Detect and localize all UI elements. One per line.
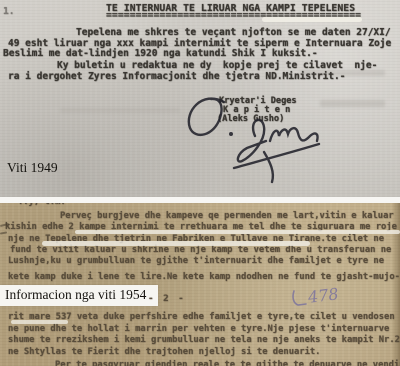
body-line: ne Shtyllas te Fierit dhe trajtohen njel… <box>8 348 320 357</box>
body-line: shume te rrezikshem i kemi grumbulluar n… <box>8 336 400 345</box>
handwritten-page-mark: 478 <box>307 284 340 307</box>
correction-streak <box>75 230 400 234</box>
body-line: Per te pasqyruar gjendjen reale te te gj… <box>55 361 400 366</box>
body-line: rit mare 537 veta duke perfshire edhe fa… <box>8 313 395 322</box>
correction-streak <box>262 17 362 22</box>
body-line: Perveç burgjeve dhe kampeve qe permenden… <box>60 212 394 221</box>
scanned-archive-composite: { "colors": { "paper_top": "#cbc8c2", "p… <box>0 0 400 366</box>
correction-streak <box>42 241 310 246</box>
body-line: fund te vitit kaluar u shkrine ne nje ka… <box>10 246 391 255</box>
body-line: ra i dergohet Zyres Informacjonit dhe tj… <box>8 72 345 82</box>
body-line: Tepelena me shkres te veçant njofton se … <box>76 28 391 38</box>
caption-viti-1949: Viti 1949 <box>7 160 58 176</box>
body-line: Beslimi me dat-lindjen 1920 nga katundi … <box>3 49 318 59</box>
body-line: Lushnje,ku u grumbulluan te gjithe t'int… <box>8 257 384 266</box>
handwritten-signature <box>178 90 353 190</box>
ghost-text-smudge <box>60 108 180 113</box>
cut-line-fragment: ..y, t.m. <box>18 203 158 208</box>
body-line: ne pune dhe te hollat i marrin per vehte… <box>8 325 389 334</box>
body-line: kete kamp duke i lene te lire.Ne kete ka… <box>8 273 400 282</box>
body-line: Ky buletin u redaktua ne dy kopje prej t… <box>57 61 377 71</box>
caption-informacion-1954: Informacion nga viti 1954 <box>5 287 146 303</box>
corner-mark: 1. <box>3 7 14 17</box>
page-number: - 2 - <box>148 295 186 304</box>
body-line: 49 esht liruar nga xxx kampi internimit … <box>8 39 391 49</box>
